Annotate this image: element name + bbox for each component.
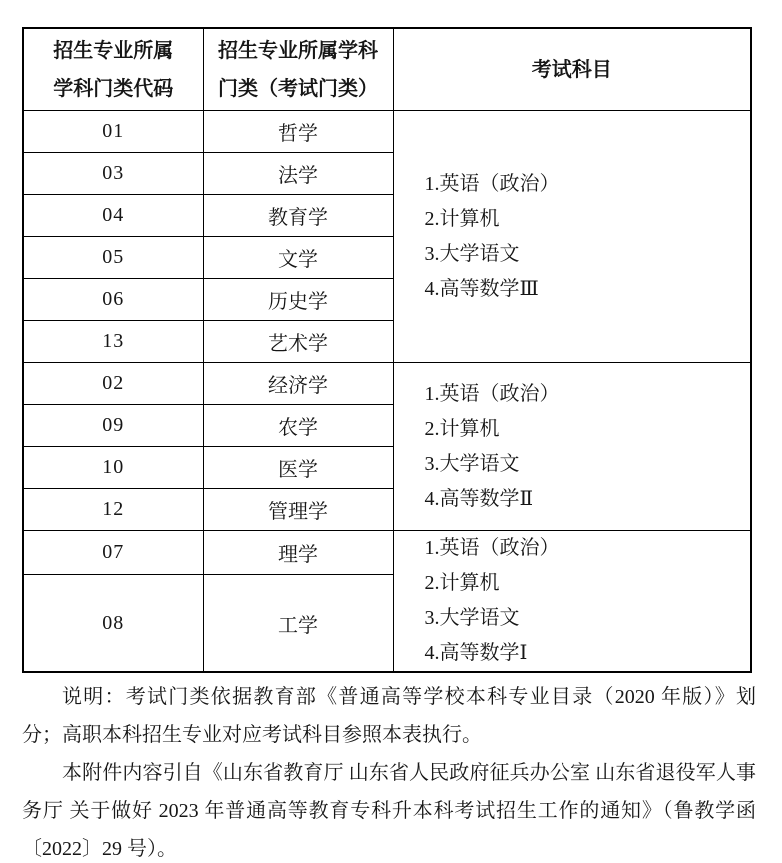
header-category-line2: 门类（考试门类） — [204, 70, 393, 108]
category-cell: 工学 — [203, 575, 393, 672]
subject-line: 2.计算机 — [425, 566, 751, 601]
subject-line: 3.大学语文 — [425, 237, 751, 272]
category-cell: 历史学 — [203, 279, 393, 321]
subject-line: 1.英语（政治） — [425, 531, 751, 566]
header-subjects-column: 考试科目 — [393, 28, 751, 111]
category-cell: 艺术学 — [203, 321, 393, 363]
subject-line: 4.高等数学Ⅰ — [425, 636, 751, 671]
header-code-line1: 招生专业所属 — [24, 32, 203, 70]
subjects-cell-group1: 1.英语（政治） 2.计算机 3.大学语文 4.高等数学Ⅲ — [393, 111, 751, 363]
category-cell: 教育学 — [203, 195, 393, 237]
code-cell: 01 — [23, 111, 203, 153]
code-cell: 09 — [23, 405, 203, 447]
code-cell: 07 — [23, 531, 203, 575]
table-row: 07 理学 1.英语（政治） 2.计算机 3.大学语文 4.高等数学Ⅰ — [23, 531, 751, 575]
table-row: 01 哲学 1.英语（政治） 2.计算机 3.大学语文 4.高等数学Ⅲ — [23, 111, 751, 153]
subject-line: 2.计算机 — [425, 412, 751, 447]
category-cell: 医学 — [203, 447, 393, 489]
subjects-cell-group3: 1.英语（政治） 2.计算机 3.大学语文 4.高等数学Ⅰ — [393, 531, 751, 673]
header-subjects-label: 考试科目 — [394, 51, 751, 89]
note-paragraph-source: 本附件内容引自《山东省教育厅 山东省人民政府征兵办公室 山东省退役军人事务厅 关… — [22, 754, 756, 863]
subject-line: 1.英语（政治） — [425, 377, 751, 412]
code-cell: 12 — [23, 489, 203, 531]
subject-line: 3.大学语文 — [425, 601, 751, 636]
category-cell: 法学 — [203, 153, 393, 195]
code-cell: 04 — [23, 195, 203, 237]
code-cell: 10 — [23, 447, 203, 489]
category-cell: 经济学 — [203, 363, 393, 405]
header-category-column: 招生专业所属学科 门类（考试门类） — [203, 28, 393, 111]
header-code-line2: 学科门类代码 — [24, 70, 203, 108]
subject-line: 3.大学语文 — [425, 447, 751, 482]
category-cell: 管理学 — [203, 489, 393, 531]
table-header-row: 招生专业所属 学科门类代码 招生专业所属学科 门类（考试门类） 考试科目 — [23, 28, 751, 111]
subject-line: 2.计算机 — [425, 202, 751, 237]
category-cell: 文学 — [203, 237, 393, 279]
document-page: 招生专业所属 学科门类代码 招生专业所属学科 门类（考试门类） 考试科目 01 … — [0, 0, 782, 863]
code-cell: 02 — [23, 363, 203, 405]
category-cell: 农学 — [203, 405, 393, 447]
header-code-column: 招生专业所属 学科门类代码 — [23, 28, 203, 111]
category-cell: 哲学 — [203, 111, 393, 153]
code-cell: 08 — [23, 575, 203, 672]
code-cell: 05 — [23, 237, 203, 279]
table-row: 02 经济学 1.英语（政治） 2.计算机 3.大学语文 4.高等数学Ⅱ — [23, 363, 751, 405]
subjects-cell-group2: 1.英语（政治） 2.计算机 3.大学语文 4.高等数学Ⅱ — [393, 363, 751, 531]
subject-line: 4.高等数学Ⅱ — [425, 482, 751, 517]
notes-section: 说明：考试门类依据教育部《普通高等学校本科专业目录（2020 年版）》划分；高职… — [22, 678, 756, 863]
category-cell: 理学 — [203, 531, 393, 575]
subject-line: 4.高等数学Ⅲ — [425, 272, 751, 307]
code-cell: 06 — [23, 279, 203, 321]
note-paragraph-explanation: 说明：考试门类依据教育部《普通高等学校本科专业目录（2020 年版）》划分；高职… — [22, 678, 756, 754]
code-cell: 03 — [23, 153, 203, 195]
code-cell: 13 — [23, 321, 203, 363]
header-category-line1: 招生专业所属学科 — [204, 32, 393, 70]
exam-subjects-table: 招生专业所属 学科门类代码 招生专业所属学科 门类（考试门类） 考试科目 01 … — [22, 27, 752, 673]
subject-line: 1.英语（政治） — [425, 167, 751, 202]
